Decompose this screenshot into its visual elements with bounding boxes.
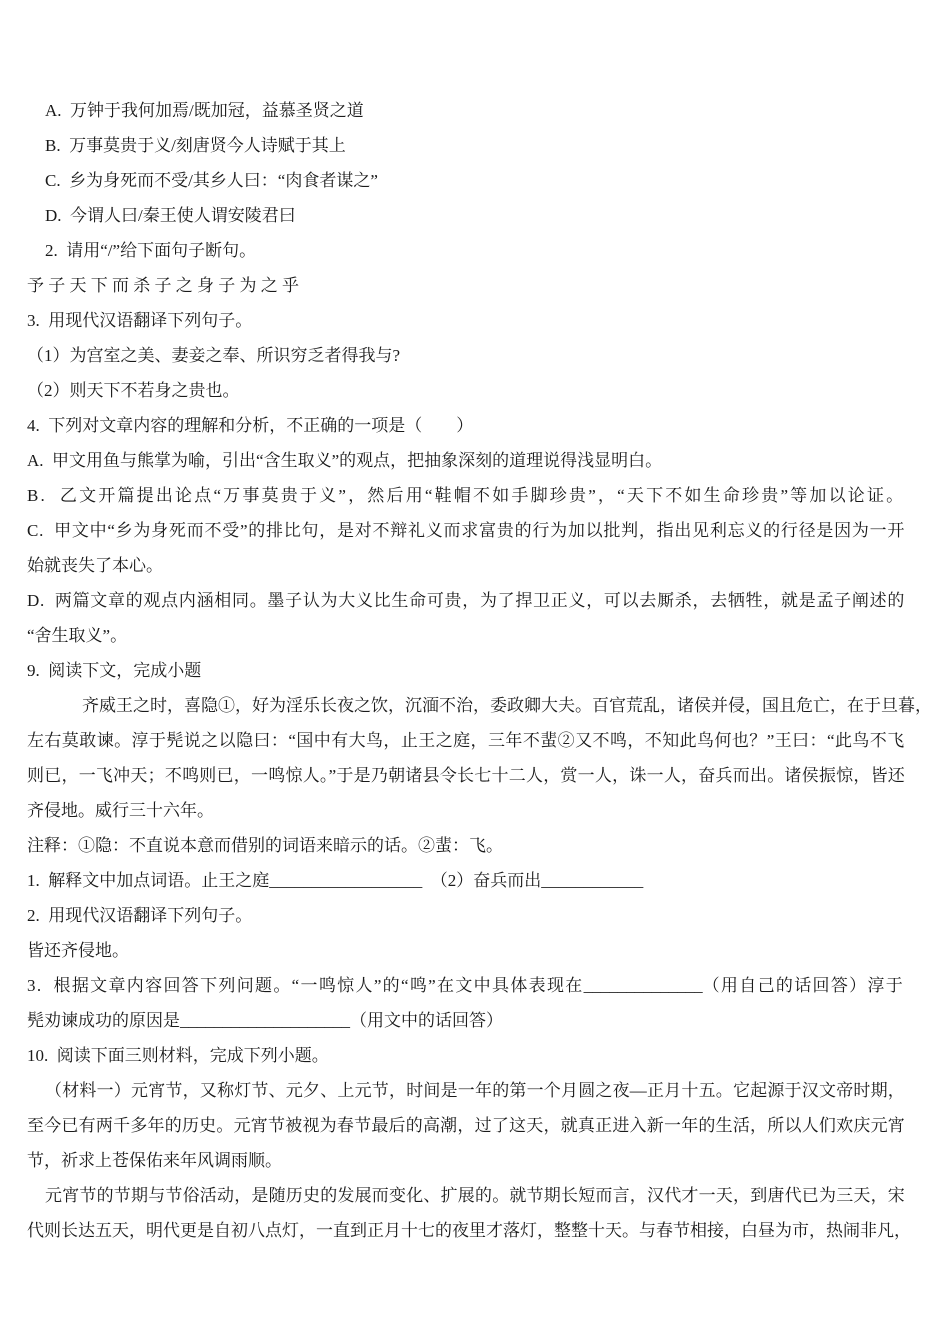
q9-passage-line-4: 齐侵地。威行三十六年。 [27,793,905,828]
q4-option-b-text: B. 乙文开篇提出论点“万事莫贵于义”，然后用“鞋帽不如手脚珍贵”，“天下不如生… [27,486,905,505]
q9-passage-line-2: 左右莫敢谏。淳于髡说之以隐曰：“国中有大鸟，止王之庭，三年不蜚②又不鸣，不知此鸟… [27,723,905,758]
q4-prompt: 4. 下列对文章内容的理解和分析，不正确的一项是（ ） [27,408,905,443]
q4-option-d-line-1-text: D. 两篇文章的观点内涵相同。墨子认为大义比生命可贵，为了捍卫正义，可以去厮杀，… [27,591,905,610]
q3-item-2: （2）则天下不若身之贵也。 [27,373,905,408]
q4-option-d-line-1: D. 两篇文章的观点内涵相同。墨子认为大义比生命可贵，为了捍卫正义，可以去厮杀，… [27,583,905,618]
q1-option-b: B. 万事莫贵于义/刻唐贤今人诗赋于其上 [27,128,905,163]
exam-paper-page: A. 万钟于我何加焉/既加冠，益慕圣贤之道 B. 万事莫贵于义/刻唐贤今人诗赋于… [0,0,950,1344]
q9-sub-question-3-line-1-text: 3. 根据文章内容回答下列问题。“一鸣惊人”的“鸣”在文中具体表现在______… [27,976,904,995]
q9-passage-line-1-text: 齐威王之时，喜隐①，好为淫乐长夜之饮，沉湎不治，委政卿大夫。百官荒乱，诸侯并侵，… [82,696,932,715]
q10-material-1-line-1: （材料一）元宵节，又称灯节、元夕、上元节，时间是一年的第一个月圆之夜—正月十五。… [27,1073,905,1108]
q4-option-a: A. 甲文用鱼与熊掌为喻，引出“含生取义”的观点，把抽象深刻的道理说得浅显明白。 [27,443,905,478]
q9-footnotes: 注释：①隐：不直说本意而借别的词语来暗示的话。②蜚：飞。 [27,828,905,863]
question-2-block: 2. 请用“/”给下面句子断句。 予 子 天 下 而 杀 子 之 身 子 为 之… [27,233,905,303]
q10-prompt: 10. 阅读下面三则材料，完成下列小题。 [27,1038,905,1073]
q10-material-1-line-3: 节，祈求上苍保佑来年风调雨顺。 [27,1143,905,1178]
q10-material-1-line-2: 至今已有两千多年的历史。元宵节被视为春节最后的高潮，过了这天，就真正进入新一年的… [27,1108,905,1143]
q4-option-c-line-1: C. 甲文中“乡为身死而不受”的排比句，是对不辩礼义而求富贵的行为加以批判，指出… [27,513,905,548]
q10-material-1-line-2-text: 至今已有两千多年的历史。元宵节被视为春节最后的高潮，过了这天，就真正进入新一年的… [27,1116,905,1135]
q9-prompt: 9. 阅读下文，完成小题 [27,653,905,688]
q9-sub-question-2-sentence: 皆还齐侵地。 [27,933,905,968]
question-9-block: 9. 阅读下文，完成小题 齐威王之时，喜隐①，好为淫乐长夜之饮，沉湎不治，委政卿… [27,653,905,1038]
q9-sub-question-2-prompt: 2. 用现代汉语翻译下列句子。 [27,898,905,933]
q1-option-a: A. 万钟于我何加焉/既加冠，益慕圣贤之道 [27,93,905,128]
q3-item-1: （1）为宫室之美、妻妾之奉、所识穷乏者得我与? [27,338,905,373]
q1-option-c: C. 乡为身死而不受/其乡人曰：“肉食者谋之” [27,163,905,198]
q10-material-2-line-2-text: 代则长达五天，明代更是自初八点灯，一直到正月十七的夜里才落灯，整整十天。与春节相… [27,1221,911,1240]
q9-passage-line-3-text: 则已，一飞冲天；不鸣则已，一鸣惊人。”于是乃朝诸县令长七十二人，赏一人，诛一人，… [27,766,905,785]
q10-material-1-line-1-text: （材料一）元宵节，又称灯节、元夕、上元节，时间是一年的第一个月圆之夜—正月十五。… [45,1081,905,1100]
q9-passage-line-3: 则已，一飞冲天；不鸣则已，一鸣惊人。”于是乃朝诸县令长七十二人，赏一人，诛一人，… [27,758,905,793]
q4-option-c-line-2: 始就丧失了本心。 [27,548,905,583]
q4-option-b: B. 乙文开篇提出论点“万事莫贵于义”，然后用“鞋帽不如手脚珍贵”，“天下不如生… [27,478,905,513]
q9-sub-question-3-line-1: 3. 根据文章内容回答下列问题。“一鸣惊人”的“鸣”在文中具体表现在______… [27,968,905,1003]
q10-material-2-line-2: 代则长达五天，明代更是自初八点灯，一直到正月十七的夜里才落灯，整整十天。与春节相… [27,1213,905,1248]
q9-passage-line-1: 齐威王之时，喜隐①，好为淫乐长夜之饮，沉湎不治，委政卿大夫。百官荒乱，诸侯并侵，… [27,688,905,723]
question-1-options-block: A. 万钟于我何加焉/既加冠，益慕圣贤之道 B. 万事莫贵于义/刻唐贤今人诗赋于… [27,93,905,233]
q9-sub-question-3-line-2: 髡劝谏成功的原因是____________________（用文中的话回答） [27,1003,905,1038]
q4-option-c-line-1-text: C. 甲文中“乡为身死而不受”的排比句，是对不辩礼义而求富贵的行为加以批判，指出… [27,521,905,540]
q2-sentence: 予 子 天 下 而 杀 子 之 身 子 为 之 乎 [27,268,905,303]
q9-sub-question-1: 1. 解释文中加点词语。止王之庭__________________ （2）奋兵… [27,863,905,898]
q10-material-2-line-1-text: 元宵节的节期与节俗活动，是随历史的发展而变化、扩展的。就节期长短而言，汉代才一天… [45,1186,905,1205]
question-10-block: 10. 阅读下面三则材料，完成下列小题。 （材料一）元宵节，又称灯节、元夕、上元… [27,1038,905,1248]
question-3-block: 3. 用现代汉语翻译下列句子。 （1）为宫室之美、妻妾之奉、所识穷乏者得我与? … [27,303,905,408]
q10-material-2-line-1: 元宵节的节期与节俗活动，是随历史的发展而变化、扩展的。就节期长短而言，汉代才一天… [27,1178,905,1213]
q4-option-d-line-2: “舍生取义”。 [27,618,905,653]
q9-passage-line-2-text: 左右莫敢谏。淳于髡说之以隐曰：“国中有大鸟，止王之庭，三年不蜚②又不鸣，不知此鸟… [27,731,905,750]
q2-prompt: 2. 请用“/”给下面句子断句。 [27,233,905,268]
question-4-block: 4. 下列对文章内容的理解和分析，不正确的一项是（ ） A. 甲文用鱼与熊掌为喻… [27,408,905,653]
q1-option-d: D. 今谓人曰/秦王使人谓安陵君曰 [27,198,905,233]
q3-prompt: 3. 用现代汉语翻译下列句子。 [27,303,905,338]
